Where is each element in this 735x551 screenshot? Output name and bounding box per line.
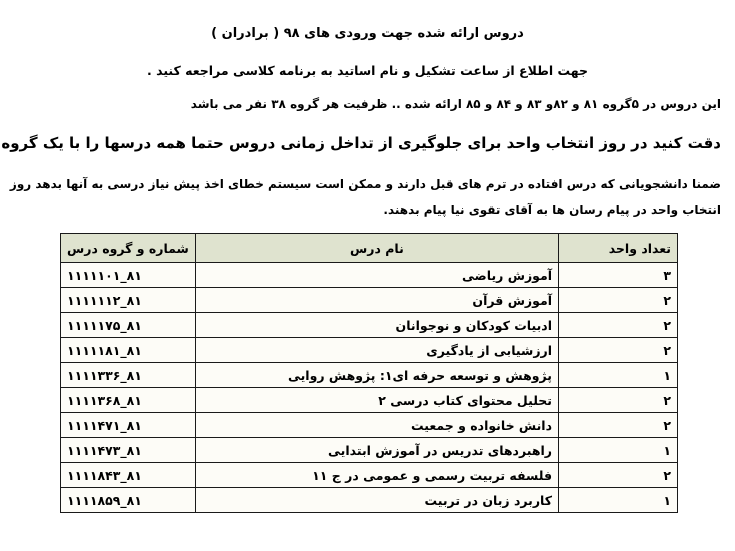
cell-course-code: ۱۱۱۱۱۸۱_۸۱ xyxy=(61,338,196,363)
cell-course-name: دانش خانواده و جمعیت xyxy=(195,413,558,438)
table-row: ۲ ارزشیابی از یادگیری ۱۱۱۱۱۸۱_۸۱ xyxy=(61,338,678,363)
cell-units: ۲ xyxy=(559,288,678,313)
cell-course-code: ۱۱۱۱۱۱۲_۸۱ xyxy=(61,288,196,313)
courses-table: تعداد واحد نام درس شماره و گروه درس ۳ آم… xyxy=(60,233,678,513)
header-course-name: نام درس xyxy=(195,234,558,263)
cell-course-code: ۱۱۱۱۳۶۸_۸۱ xyxy=(61,388,196,413)
cell-course-name: فلسفه تربیت رسمی و عمومی در ج ۱۱ xyxy=(195,463,558,488)
cell-units: ۲ xyxy=(559,313,678,338)
table-row: ۲ آموزش قرآن ۱۱۱۱۱۱۲_۸۱ xyxy=(61,288,678,313)
prerequisite-note: ضمنا دانشجویانی که درس افتاده در ترم های… xyxy=(9,171,721,223)
cell-units: ۳ xyxy=(559,263,678,288)
groups-info: این دروس در ۵گروه ۸۱ و ۸۲و ۸۳ و ۸۴ و ۸۵ … xyxy=(191,97,721,111)
table-row: ۲ ادبیات کودکان و نوجوانان ۱۱۱۱۱۷۵_۸۱ xyxy=(61,313,678,338)
cell-course-code: ۱۱۱۱۸۵۹_۸۱ xyxy=(61,488,196,513)
table-row: ۳ آموزش ریاضی ۱۱۱۱۱۰۱_۸۱ xyxy=(61,263,678,288)
cell-units: ۱ xyxy=(559,488,678,513)
cell-course-code: ۱۱۱۱۳۳۶_۸۱ xyxy=(61,363,196,388)
cell-course-name: تحلیل محتوای کتاب درسی ۲ xyxy=(195,388,558,413)
cell-course-code: ۱۱۱۱۸۴۳_۸۱ xyxy=(61,463,196,488)
table-header-row: تعداد واحد نام درس شماره و گروه درس xyxy=(61,234,678,263)
cell-course-name: ادبیات کودکان و نوجوانان xyxy=(195,313,558,338)
header-course-code: شماره و گروه درس xyxy=(61,234,196,263)
table-row: ۲ دانش خانواده و جمعیت ۱۱۱۱۴۷۱_۸۱ xyxy=(61,413,678,438)
registration-warning: دقت کنید در روز انتخاب واحد برای جلوگیری… xyxy=(0,134,721,152)
table-row: ۲ فلسفه تربیت رسمی و عمومی در ج ۱۱ ۱۱۱۱۸… xyxy=(61,463,678,488)
table-row: ۲ تحلیل محتوای کتاب درسی ۲ ۱۱۱۱۳۶۸_۸۱ xyxy=(61,388,678,413)
cell-course-code: ۱۱۱۱۴۷۱_۸۱ xyxy=(61,413,196,438)
header-units: تعداد واحد xyxy=(559,234,678,263)
cell-units: ۱ xyxy=(559,438,678,463)
cell-course-name: ارزشیابی از یادگیری xyxy=(195,338,558,363)
cell-units: ۲ xyxy=(559,388,678,413)
cell-course-code: ۱۱۱۱۴۷۳_۸۱ xyxy=(61,438,196,463)
table-row: ۱ پژوهش و توسعه حرفه ای۱: پژوهش روایی ۱۱… xyxy=(61,363,678,388)
cell-course-name: کاربرد زبان در تربیت xyxy=(195,488,558,513)
document-title: دروس ارائه شده جهت ورودی های ۹۸ ( برادرا… xyxy=(0,26,735,41)
cell-course-name: پژوهش و توسعه حرفه ای۱: پژوهش روایی xyxy=(195,363,558,388)
cell-units: ۱ xyxy=(559,363,678,388)
schedule-info: جهت اطلاع از ساعت تشکیل و نام اساتید به … xyxy=(0,63,735,78)
cell-units: ۲ xyxy=(559,463,678,488)
cell-course-name: آموزش قرآن xyxy=(195,288,558,313)
table-row: ۱ راهبردهای تدریس در آموزش ابتدایی ۱۱۱۱۴… xyxy=(61,438,678,463)
cell-course-name: آموزش ریاضی xyxy=(195,263,558,288)
cell-units: ۲ xyxy=(559,338,678,363)
table-row: ۱ کاربرد زبان در تربیت ۱۱۱۱۸۵۹_۸۱ xyxy=(61,488,678,513)
cell-units: ۲ xyxy=(559,413,678,438)
cell-course-name: راهبردهای تدریس در آموزش ابتدایی xyxy=(195,438,558,463)
cell-course-code: ۱۱۱۱۱۷۵_۸۱ xyxy=(61,313,196,338)
cell-course-code: ۱۱۱۱۱۰۱_۸۱ xyxy=(61,263,196,288)
